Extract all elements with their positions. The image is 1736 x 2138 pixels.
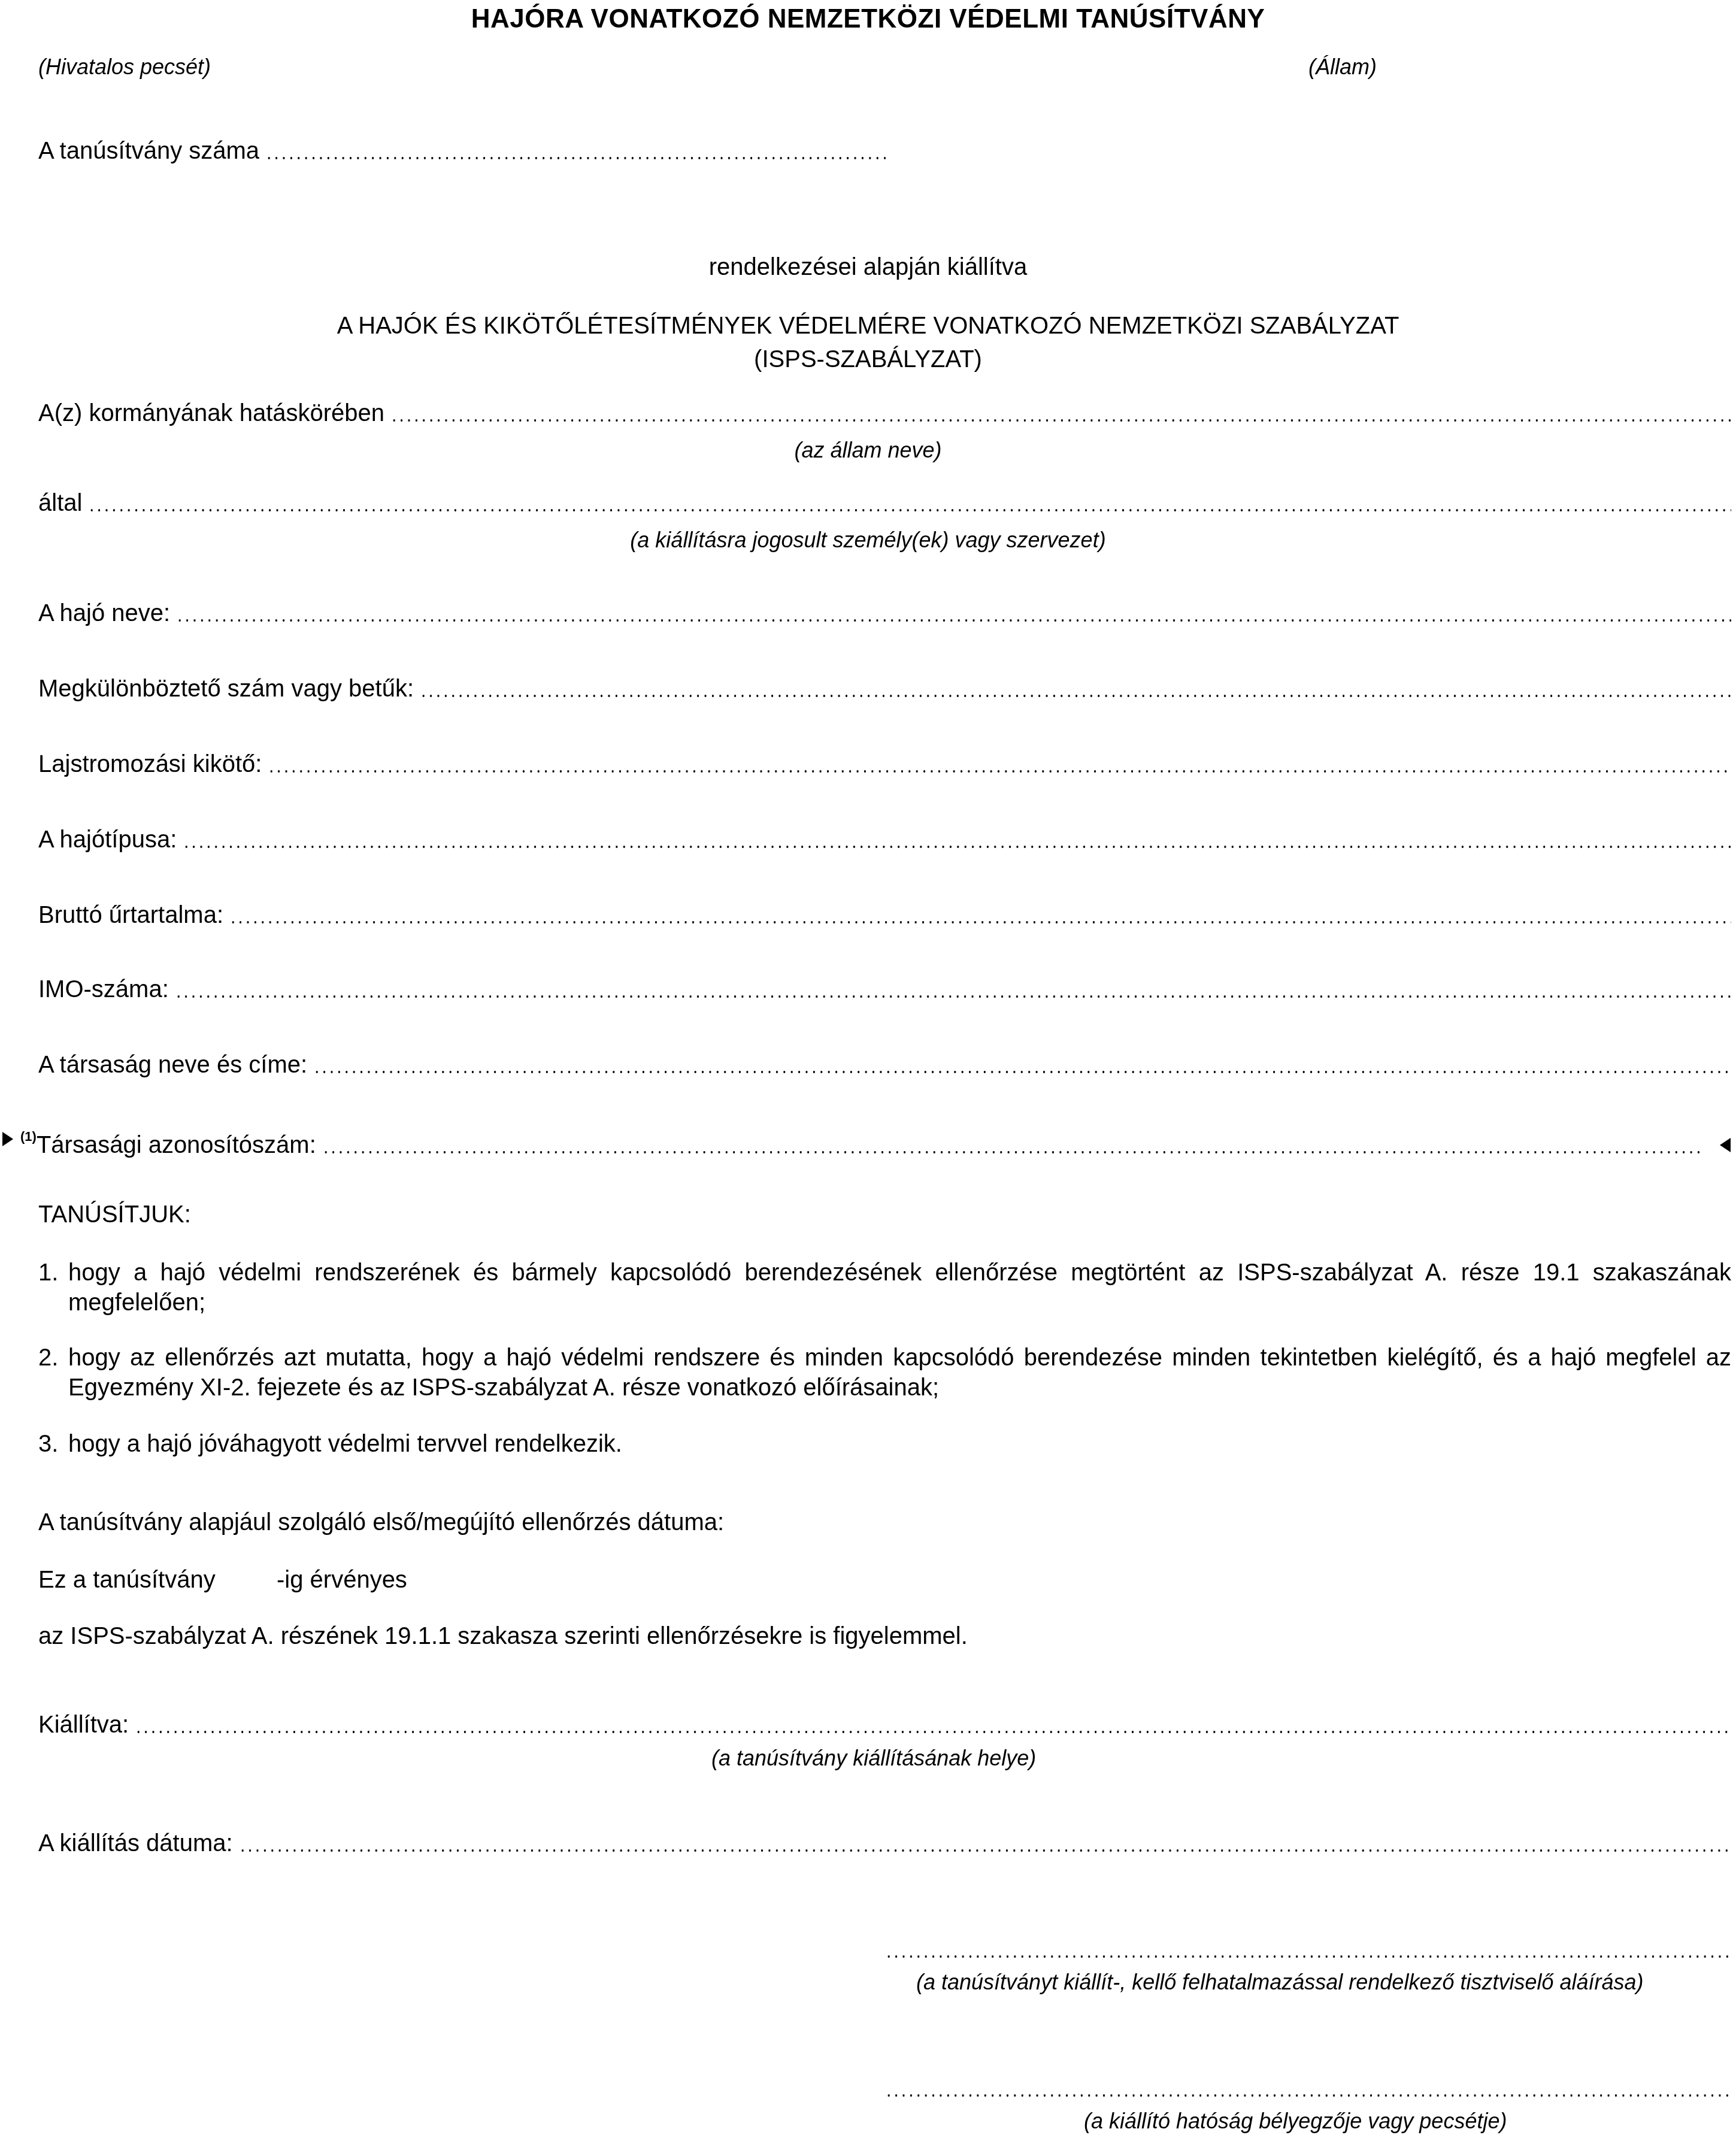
company-id-field[interactable]: (1)Társasági azonosítószám: [38, 1126, 1700, 1159]
verification-date-label: A tanúsítvány alapjául szolgáló első/meg… [38, 1508, 724, 1537]
issued-at-field[interactable]: Kiállítva: [38, 1710, 1731, 1739]
company-name-address-field[interactable]: A társaság neve és címe: [38, 1050, 1731, 1079]
amendment-end-marker-icon [1720, 1138, 1731, 1152]
distinctive-number-input[interactable] [420, 695, 1731, 697]
ship-type-field[interactable]: A hajótípusa: [38, 825, 1731, 854]
certification-item: 2. hogy az ellenőrzés azt mutatta, hogy … [38, 1343, 1731, 1403]
issue-date-field[interactable]: A kiállítás dátuma: [38, 1829, 1731, 1858]
official-seal-note: (Hivatalos pecsét) [38, 54, 211, 80]
government-caption: (az állam neve) [0, 437, 1736, 464]
stamp-line[interactable] [885, 2094, 1731, 2097]
issuer-label: által [38, 489, 88, 517]
state-note: (Állam) [1308, 54, 1377, 80]
stamp-caption: (a kiállító hatóság bélyegzője vagy pecs… [1084, 2108, 1507, 2134]
issuer-caption: (a kiállításra jogosult személy(ek) vagy… [0, 527, 1736, 553]
ship-type-input[interactable] [183, 846, 1731, 848]
issue-date-input[interactable] [239, 1849, 1731, 1852]
gross-tonnage-input[interactable] [229, 921, 1731, 923]
imo-number-field[interactable]: IMO-száma: [38, 975, 1731, 1004]
valid-until-suffix: -ig érvényes [277, 1565, 407, 1594]
government-label: A(z) kormányának hatáskörében [38, 399, 390, 428]
field-label: A társaság neve és címe: [38, 1050, 313, 1079]
signature-line[interactable] [885, 1955, 1731, 1958]
item-number: 2. [38, 1343, 58, 1373]
imo-number-input[interactable] [175, 995, 1731, 998]
field-label: A hajótípusa: [38, 825, 183, 854]
certification-item: 1. hogy a hajó védelmi rendszerének és b… [38, 1258, 1731, 1318]
field-label: Bruttó űrtartalma: [38, 901, 229, 929]
issued-at-label: Kiállítva: [38, 1710, 135, 1739]
signature-caption: (a tanúsítványt kiállít-, kellő felhatal… [916, 1969, 1644, 1995]
item-text: hogy az ellenőrzés azt mutatta, hogy a h… [68, 1343, 1731, 1403]
field-label: Megkülönböztető szám vagy betűk: [38, 674, 420, 703]
certification-item: 3. hogy a hajó jóváhagyott védelmi tervv… [38, 1429, 1731, 1459]
government-field[interactable]: A(z) kormányának hatáskörében [38, 399, 1731, 428]
field-label: A hajó neve: [38, 599, 176, 628]
port-of-registry-input[interactable] [268, 770, 1731, 773]
valid-until-prefix: Ez a tanúsítvány [38, 1565, 216, 1594]
item-number: 1. [38, 1258, 58, 1288]
company-id-label-wrap: (1)Társasági azonosítószám: [20, 1126, 322, 1159]
port-of-registry-field[interactable]: Lajstromozási kikötő: [38, 750, 1731, 779]
issued-at-caption: (a tanúsítvány kiállításának helye) [711, 1745, 1036, 1771]
gross-tonnage-field[interactable]: Bruttó űrtartalma: [38, 901, 1731, 929]
item-text: hogy a hajó védelmi rendszerének és bárm… [68, 1258, 1731, 1318]
subject-to-text: az ISPS-szabályzat A. részének 19.1.1 sz… [38, 1622, 968, 1651]
document-title: HAJÓRA VONATKOZÓ NEMZETKÖZI VÉDELMI TANÚ… [0, 4, 1736, 35]
issued-under-text: rendelkezései alapján kiállítva [0, 253, 1736, 281]
footnote-marker[interactable]: (1) [20, 1129, 37, 1144]
field-label: IMO-száma: [38, 975, 175, 1004]
issuer-field[interactable]: által [38, 489, 1731, 517]
company-name-address-input[interactable] [313, 1071, 1731, 1073]
code-title: A HAJÓK ÉS KIKÖTŐLÉTESÍTMÉNYEK VÉDELMÉRE… [0, 311, 1736, 340]
ship-name-input[interactable] [176, 619, 1731, 622]
issue-date-label: A kiállítás dátuma: [38, 1829, 239, 1858]
certificate-number-field[interactable]: A tanúsítvány száma [38, 137, 886, 165]
item-number: 3. [38, 1429, 58, 1459]
ship-name-field[interactable]: A hajó neve: [38, 599, 1731, 628]
company-id-input[interactable] [322, 1151, 1700, 1153]
government-input[interactable] [390, 419, 1731, 422]
amendment-start-marker-icon [2, 1132, 13, 1146]
issuer-input[interactable] [88, 509, 1731, 511]
field-label: Lajstromozási kikötő: [38, 750, 268, 779]
item-text: hogy a hajó jóváhagyott védelmi tervvel … [68, 1429, 1731, 1459]
certificate-number-label: A tanúsítvány száma [38, 137, 265, 165]
certification-heading: TANÚSÍTJUK: [38, 1200, 191, 1229]
company-id-label: Társasági azonosítószám: [37, 1132, 316, 1158]
issued-at-input[interactable] [135, 1731, 1731, 1733]
code-abbreviation: (ISPS-SZABÁLYZAT) [0, 345, 1736, 374]
certificate-number-input[interactable] [265, 157, 886, 159]
distinctive-number-field[interactable]: Megkülönböztető szám vagy betűk: [38, 674, 1731, 703]
